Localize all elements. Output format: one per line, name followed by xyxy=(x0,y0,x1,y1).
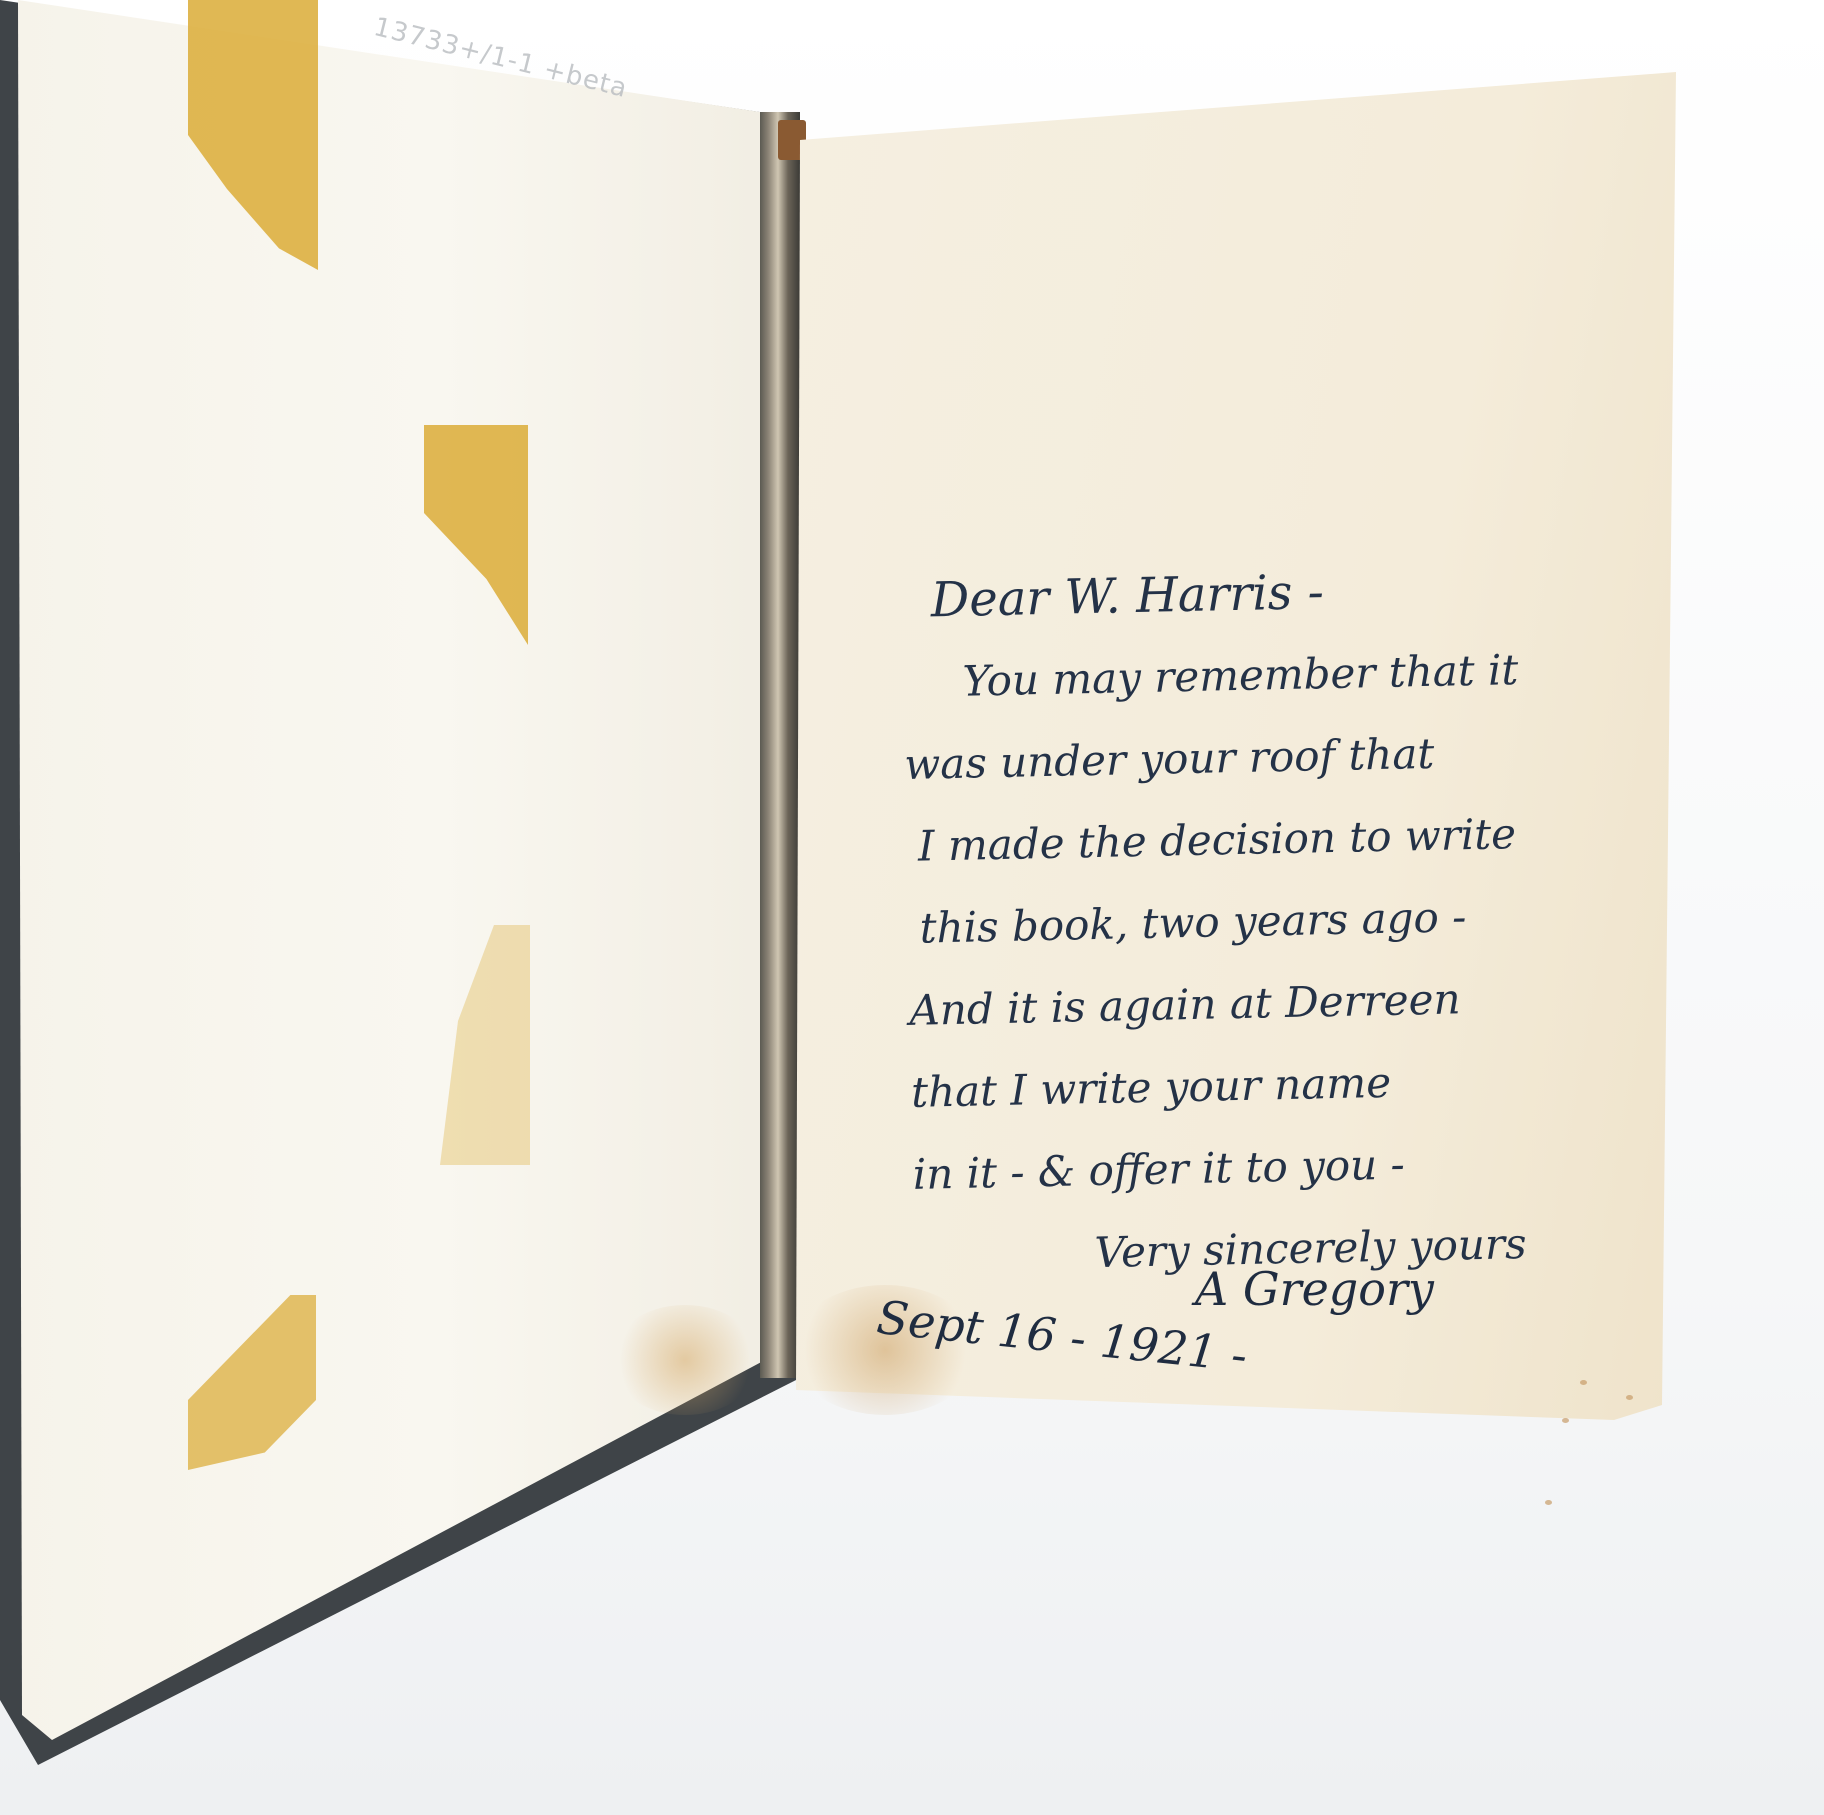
inscription-line: that I write your name xyxy=(910,1038,1592,1134)
inscription-line: was under your roof that xyxy=(903,710,1585,806)
handwritten-inscription: Dear W. Harris - You may remember that i… xyxy=(900,546,1595,1298)
book-gutter-spine xyxy=(760,112,800,1378)
photo-scene: 13733+/1-1 +beta Dear W. Harris - You ma… xyxy=(0,0,1824,1815)
foxing-spot xyxy=(1562,1418,1569,1423)
inscription-signature: A Gregory xyxy=(1195,1262,1434,1316)
front-pastedown xyxy=(0,0,800,1815)
foxing-spot xyxy=(1580,1380,1587,1385)
inscription-line: And it is again at Derreen xyxy=(909,956,1591,1052)
inscription-greeting: Dear W. Harris - xyxy=(900,546,1582,642)
inscription-line: You may remember that it xyxy=(902,628,1584,724)
inscription-line: I made the decision to write xyxy=(905,792,1587,888)
inscription-line: in it - & offer it to you - xyxy=(912,1120,1594,1216)
foxing-spot xyxy=(1545,1500,1552,1505)
inscription-line: this book, two years ago - xyxy=(907,874,1589,970)
foxing-spot xyxy=(1626,1395,1633,1400)
water-stain xyxy=(610,1305,760,1415)
open-front-board: 13733+/1-1 +beta xyxy=(0,0,800,1815)
